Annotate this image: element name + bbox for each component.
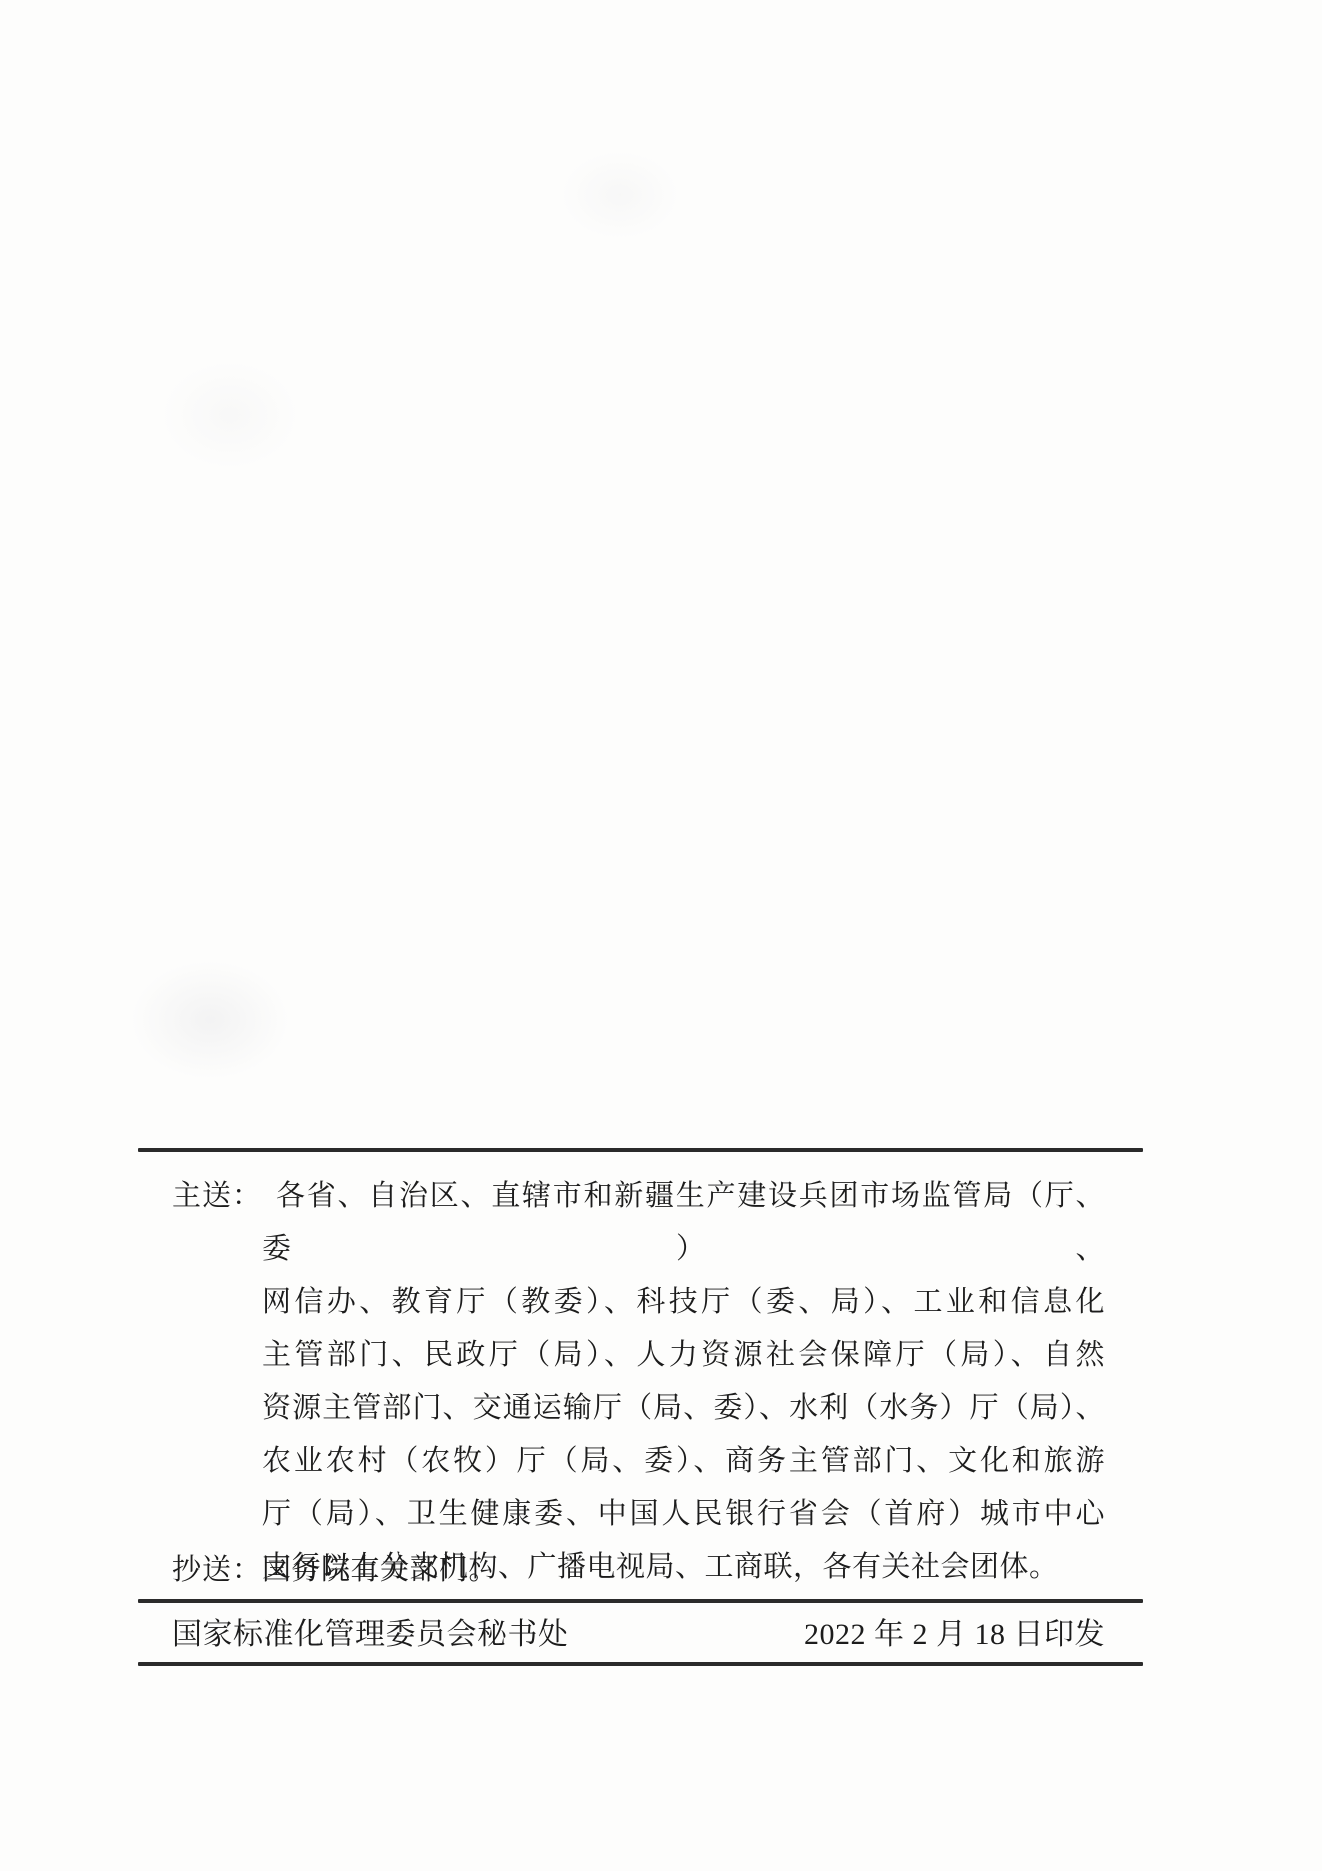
- copy-distribution-block: 抄送： 国务院有关部门。: [172, 1544, 1105, 1597]
- divider-middle: [138, 1599, 1143, 1603]
- copy-recipients-label: 抄送：: [172, 1544, 262, 1597]
- main-recipients-text: 各省、自治区、直辖市和新疆生产建设兵团市场监管局（厅、委）、 网信办、教育厅（教…: [262, 1170, 1105, 1594]
- main-recipients-label: 主送：: [172, 1170, 262, 1594]
- scan-smudge: [130, 960, 290, 1080]
- main-recipients-line-6: 厅（局）、卫生健康委、中国人民银行省会（首府）城市中心: [262, 1488, 1105, 1541]
- copy-recipients-text: 国务院有关部门。: [262, 1544, 1105, 1597]
- divider-bottom: [138, 1662, 1143, 1666]
- issue-date: 2022 年 2 月 18 日印发: [804, 1613, 1105, 1657]
- divider-top: [138, 1148, 1143, 1152]
- main-recipients-line-3: 主管部门、民政厅（局）、人力资源社会保障厅（局）、自然: [262, 1329, 1105, 1382]
- scan-smudge: [560, 150, 680, 240]
- main-recipients-line-4: 资源主管部门、交通运输厅（局、委）、水利（水务）厅（局）、: [262, 1382, 1105, 1435]
- issuance-footer: 国家标准化管理委员会秘书处 2022 年 2 月 18 日印发: [172, 1613, 1105, 1657]
- issuing-office: 国家标准化管理委员会秘书处: [172, 1613, 569, 1657]
- main-distribution-block: 主送： 各省、自治区、直辖市和新疆生产建设兵团市场监管局（厅、委）、 网信办、教…: [172, 1170, 1105, 1594]
- main-recipients-line-1: 各省、自治区、直辖市和新疆生产建设兵团市场监管局（厅、委）、: [262, 1170, 1105, 1276]
- document-page: 主送： 各省、自治区、直辖市和新疆生产建设兵团市场监管局（厅、委）、 网信办、教…: [0, 0, 1322, 1871]
- scan-smudge: [160, 360, 300, 470]
- main-recipients-line-5: 农业农村（农牧）厅（局、委）、商务主管部门、文化和旅游: [262, 1435, 1105, 1488]
- main-recipients-line-2: 网信办、教育厅（教委）、科技厅（委、局）、工业和信息化: [262, 1276, 1105, 1329]
